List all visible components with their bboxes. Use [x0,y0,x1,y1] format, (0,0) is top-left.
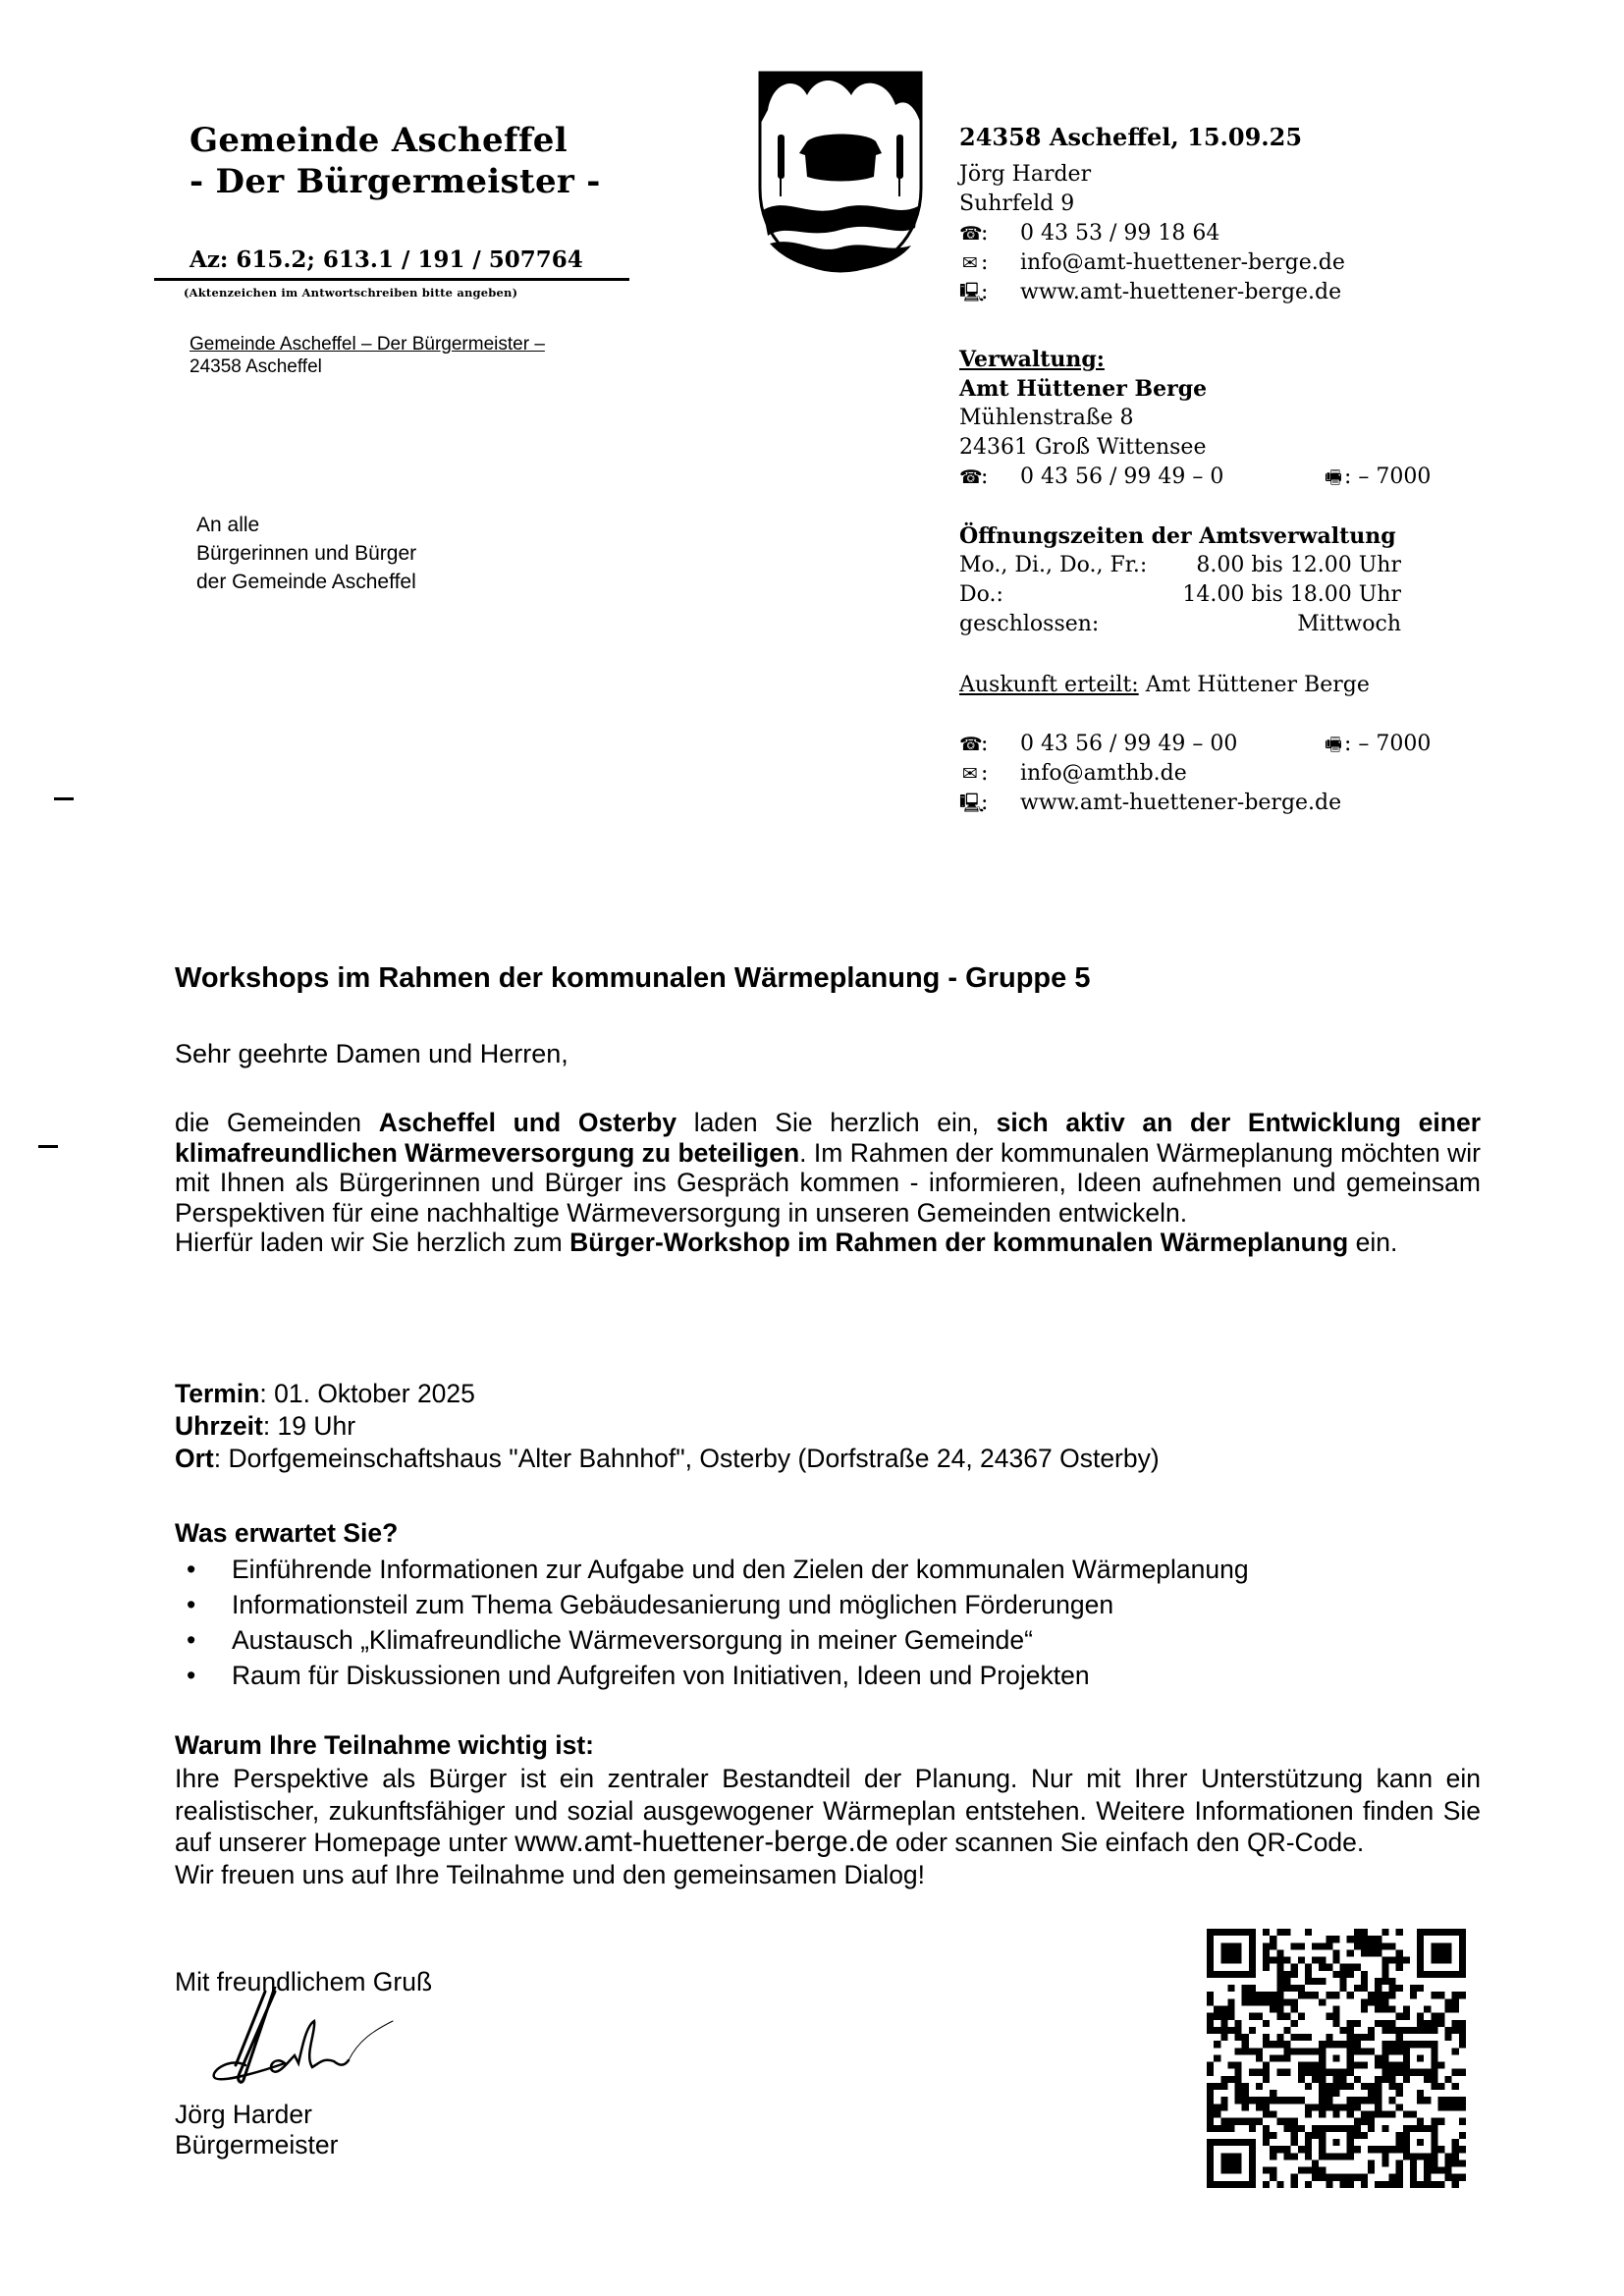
mayor-web: 🖳: www.amt-huettener-berge.de [959,278,1489,307]
reference-hint: (Aktenzeichen im Antwortschreiben bitte … [184,286,517,300]
information-fax: 🖷: – 7000 [1323,730,1431,759]
signature-icon [206,1987,403,2090]
mailbox-icon: ✉ [959,248,981,278]
letter-subject: Workshops im Rahmen der kommunalen Wärme… [175,962,1090,995]
information-web-link[interactable]: www.amt-huettener-berge.de [1020,789,1341,818]
fold-mark-middle [38,1145,58,1148]
municipalities-emphasis: Ascheffel und Osterby [379,1108,677,1137]
signer-block: Jörg Harder Bürgermeister [175,2100,338,2160]
organization-title: Gemeinde Ascheffel - Der Bürgermeister - [189,120,601,202]
recipient-line1: An alle [196,511,416,539]
event-details: Termin: 01. Oktober 2025 Uhrzeit: 19 Uhr… [175,1378,1160,1475]
fax-icon: 🖷 [1323,463,1344,492]
list-item: Raum für Diskussionen und Aufgreifen von… [175,1658,1249,1693]
mayor-email: ✉: info@amt-huettener-berge.de [959,248,1489,278]
participation-heading: Warum Ihre Teilnahme wichtig ist: [175,1730,594,1761]
intro-paragraph: die Gemeinden Ascheffel und Osterby lade… [175,1108,1481,1258]
computer-icon: 🖳 [959,278,981,307]
coat-of-arms-icon [758,71,923,273]
information-contact: Auskunft erteilt: Amt Hüttener Berge [959,671,1489,700]
list-item: Austausch „Klimafreundliche Wärmeversorg… [175,1622,1249,1658]
mayor-email-link[interactable]: info@amt-huettener-berge.de [1020,248,1345,278]
mayor-name: Jörg Harder [959,160,1489,190]
event-location: Ort: Dorfgemeinschaftshaus "Alter Bahnho… [175,1443,1160,1475]
reference-number: Az: 615.2; 613.1 / 191 / 507764 [189,246,583,273]
thanks-line: Wir freuen uns auf Ihre Teilnahme und de… [175,1860,925,1889]
mayor-street: Suhrfeld 9 [959,190,1489,219]
homepage-link[interactable]: www.amt-huettener-berge.de [514,1826,888,1858]
information-web: 🖳: www.amt-huettener-berge.de [959,789,1489,818]
event-date: Termin: 01. Oktober 2025 [175,1378,1160,1410]
information-phone-number: 0 43 56 / 99 49 – 00 [1020,730,1256,759]
return-address: Gemeinde Ascheffel – Der Bürgermeister –… [189,333,545,378]
information-phone: ☎: 0 43 56 / 99 49 – 00 🖷: – 7000 [959,730,1489,759]
mayor-phone: ☎: 0 43 53 / 99 18 64 [959,219,1489,248]
return-address-line1: Gemeinde Ascheffel – Der Bürgermeister – [189,333,545,355]
recipient-line2: Bürgerinnen und Bürger [196,539,416,568]
signer-title: Bürgermeister [175,2130,338,2160]
hours-days: Do.: [959,580,1175,610]
place-and-date: 24358 Ascheffel, 15.09.25 [959,123,1489,160]
reference-divider [154,278,629,281]
hours-time: Mittwoch [1175,610,1401,639]
computer-icon: 🖳 [959,789,981,818]
phone-icon: ☎ [959,730,981,759]
mailbox-icon: ✉ [959,759,981,789]
workshop-emphasis: Bürger-Workshop im Rahmen der kommunalen… [569,1228,1348,1257]
information-label: Auskunft erteilt: [959,671,1139,700]
mayor-phone-number: 0 43 53 / 99 18 64 [1020,219,1219,248]
list-item: Einführende Informationen zur Aufgabe un… [175,1552,1249,1587]
contact-block: 24358 Ascheffel, 15.09.25 Jörg Harder Su… [959,123,1489,818]
mayor-web-link[interactable]: www.amt-huettener-berge.de [1020,278,1341,307]
administration-phone-number: 0 43 56 / 99 49 – 0 [1020,463,1256,492]
event-time: Uhrzeit: 19 Uhr [175,1410,1160,1443]
administration-fax: 🖷: – 7000 [1323,463,1431,492]
expectations-list: Einführende Informationen zur Aufgabe un… [175,1552,1249,1693]
signer-name: Jörg Harder [175,2100,338,2130]
phone-icon: ☎ [959,219,981,248]
administration-name: Amt Hüttener Berge [959,374,1489,404]
information-email-link[interactable]: info@amthb.de [1020,759,1187,789]
salutation: Sehr geehrte Damen und Herren, [175,1039,568,1069]
qr-code-icon[interactable] [1207,1929,1466,2188]
opening-hours-heading: Öffnungszeiten der Amtsverwaltung [959,521,1489,551]
opening-hours-table: Mo., Di., Do., Fr.: 8.00 bis 12.00 Uhr D… [959,551,1489,639]
list-item: Informationsteil zum Thema Gebäudesanier… [175,1587,1249,1622]
phone-icon: ☎ [959,463,981,492]
expectations-heading: Was erwartet Sie? [175,1518,398,1549]
participation-paragraph: Ihre Perspektive als Bürger ist ein zent… [175,1763,1481,1890]
fax-icon: 🖷 [1323,730,1344,759]
organization-role: - Der Bürgermeister - [189,161,601,202]
hours-time: 8.00 bis 12.00 Uhr [1175,551,1401,580]
hours-days: geschlossen: [959,610,1175,639]
administration-city: 24361 Groß Wittensee [959,433,1489,463]
hours-days: Mo., Di., Do., Fr.: [959,551,1175,580]
recipient-address: An alle Bürgerinnen und Bürger der Gemei… [196,511,416,596]
recipient-line3: der Gemeinde Ascheffel [196,568,416,596]
administration-heading: Verwaltung: [959,345,1489,374]
administration-phone: ☎: 0 43 56 / 99 49 – 0 🖷: – 7000 [959,463,1489,492]
return-address-line2: 24358 Ascheffel [189,355,322,378]
information-email: ✉: info@amthb.de [959,759,1489,789]
organization-name: Gemeinde Ascheffel [189,120,601,161]
administration-street: Mühlenstraße 8 [959,404,1489,433]
hours-time: 14.00 bis 18.00 Uhr [1175,580,1401,610]
information-value: Amt Hüttener Berge [1139,671,1370,700]
fold-mark-top [54,797,74,800]
